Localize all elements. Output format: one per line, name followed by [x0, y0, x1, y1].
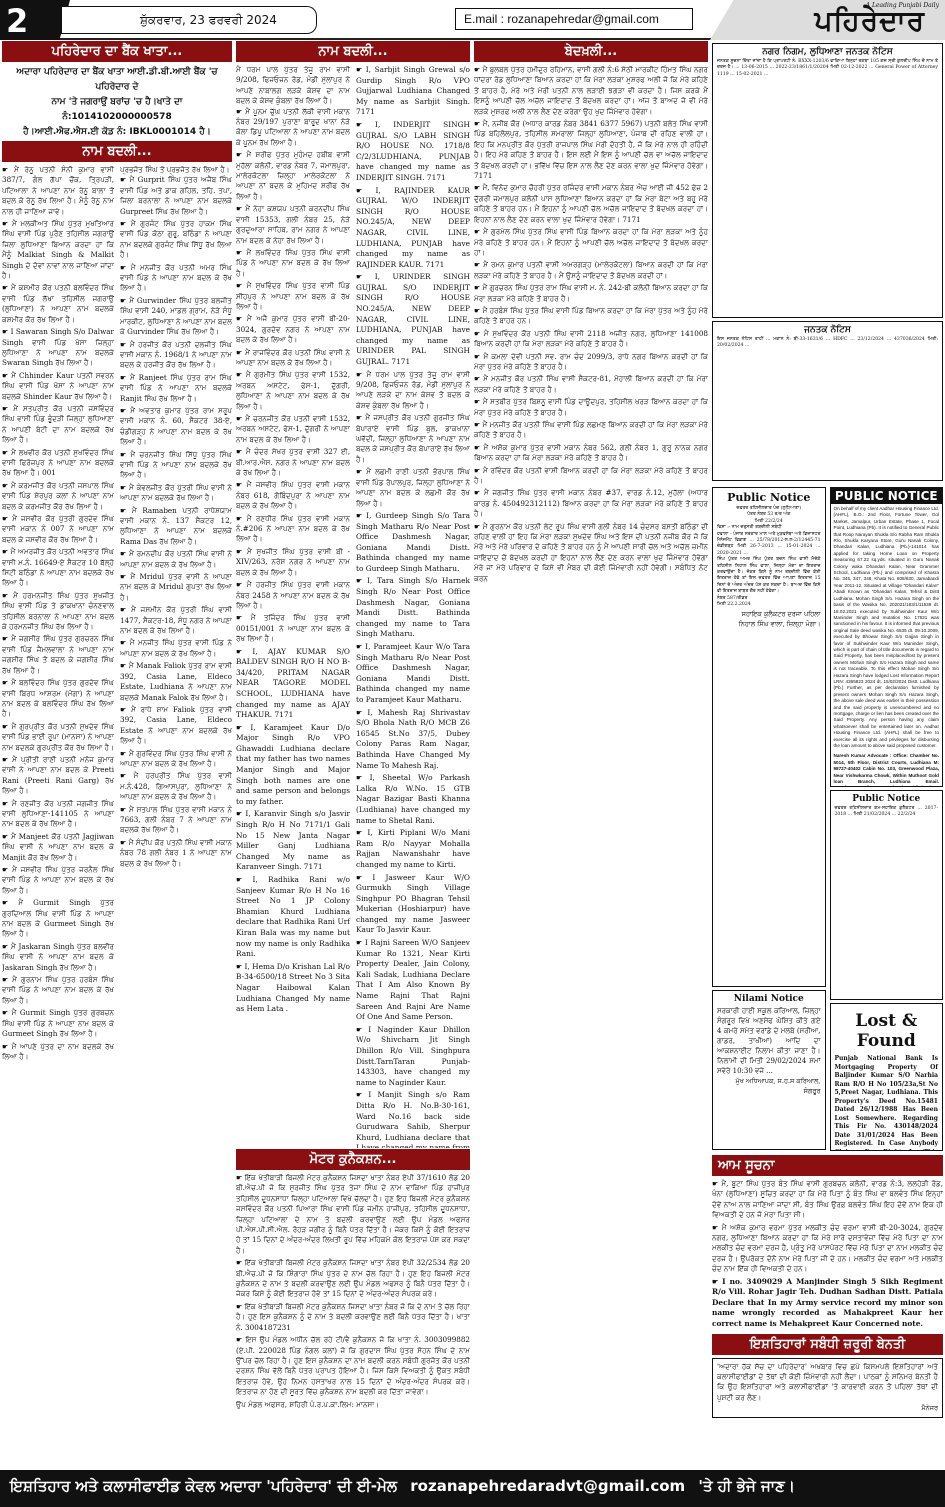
logo-brand: ਪਹਿਰੇਦਾਰ — [814, 4, 925, 38]
list-item: ਪ੍ਰਭਜੋਤ ਸਿੰਘ ਤੋਂ ਪ੍ਰਭਜੋਤ ਰੱਖ ਲਿਆ ਹੈ। — [120, 165, 232, 175]
pn-title: Public Notice — [717, 491, 821, 504]
lost-found-body: Punjab National Bank Is Mortgaging Prope… — [835, 1055, 939, 1151]
list-item: ਮੈਂ ਰਵਿੰਦਰ ਕੌਰ ਪਤਨੀ ਵਾਸੀ ਬਿਆਨ ਕਰਦੀ ਹਾਂ ਕ… — [474, 466, 708, 487]
list-item: ਮੈਂ ਅਜੈ ਕੁਮਾਰ ਪੁੱਤਰ ਵਾਸੀ ਬੀ-20-3024, ਗੁਰ… — [236, 314, 350, 345]
list-item: ਮੈਂ ਲਛਮੀ ਰਾਣੀ ਪਤਨੀ ਭੋਰਪਾਲ ਸਿੰਘ ਵਾਸੀ ਪਿੰਡ… — [356, 467, 470, 509]
public-notice-english: PUBLIC NOTICE On behalf of my client Aad… — [830, 487, 944, 787]
list-item: ਮੈਂ Ranjeet ਸਿੰਘ ਪੁੱਤਰ ਰਾਮ ਸਿੰਘ ਵਾਸੀ ਪਿੰ… — [120, 373, 232, 404]
list-item: ਮੈਂ ਮਲਕੀਅਤ ਸਿੰਘ ਪੁੱਤਰ ਮੁਖਤਿਆਰ ਸਿੰਘ ਵਾਸੀ … — [2, 219, 114, 281]
list-item: I, INDERJIT SINGH GUJRAL S/O LABH SINGH … — [356, 120, 470, 184]
list-item: ਮੈਂ ਪੂਨਮ ਚੁੱਘ ਪਤਨੀ ਲੱਕੀ ਵਾਸੀ ਮਕਾਨ ਨੰਬਰ 2… — [236, 107, 350, 149]
list-item: ਮੈਂ ਜਸਵੀਰ ਕੌਰ ਪੁੱਤਰੀ ਗੁਰਦੇਵ ਸਿੰਘ ਵਾਸੀ ਮਕ… — [2, 514, 114, 545]
list-item: ਮੈਂ ਅਸ਼ੋਕ ਕੁਮਾਰ ਵਰਮਾ ਪੁੱਤਰ ਮਲਕੀਤ ਚੰਦ ਵਰਮ… — [712, 1223, 943, 1275]
name-change-heading: ਨਾਮ ਬਦਲੀ... — [2, 141, 232, 162]
column-1: ਪਹਿਰੇਦਾਰ ਦਾ ਬੈਂਕ ਖਾਤਾ... ਅਦਾਰਾ ਪਹਿਰੇਦਾਰ … — [2, 40, 232, 1468]
list-item: I Naginder Kaur Dhillon W/o Shivcharn Ji… — [356, 1025, 470, 1089]
bank-line-3: ਹੈ।ਆਈ.ਐਫ.ਐਸ.ਈ ਕੋਡ ਨੰ: IBKL0001014 ਹੈ। — [2, 125, 232, 140]
public-notice-title: ਜਨਤਕ ਨੋਟਿਸ — [717, 325, 938, 335]
name-change-right: ਪ੍ਰਭਜੋਤ ਸਿੰਘ ਤੋਂ ਪ੍ਰਭਜੋਤ ਰੱਖ ਲਿਆ ਹੈ। ਮੈਂ… — [120, 165, 232, 1064]
list-item: I, AJAY KUMAR S/O BALDEV SINGH R/O H NO … — [236, 647, 350, 721]
list-item: ਮੈਂ ਗੁਰਚਰਨ ਸਿੰਘ ਪੁੱਤਰ ਰਾਮ ਸਿੰਘ ਵਾਸੀ ਮ. ਨ… — [474, 283, 708, 304]
list-item: ਇਸ ਉਪ ਮੰਡਲ ਅਧੀਨ ਚੱਲ ਰਹੇ ਟੀ/ਵੈ ਕੁਨੈਕਸ਼ਨ ਜ… — [236, 1335, 470, 1397]
disclaimer-heading: ਇਸ਼ਤਿਹਾਰਾਂ ਸਬੰਧੀ ਜ਼ਰੂਰੀ ਬੇਨਤੀ — [712, 1334, 943, 1355]
list-item: ਮੈਂ ਸ਼ਰੀਫ ਪੁੱਤਰ ਮੁਹੰਮਦ ਹਬੀਬ ਵਾਸੀ ਮੁਹੱਲਾ … — [236, 150, 350, 202]
name-change-left: ਮੈਂ ਰੇਨੂ ਪਤਨੀ ਸੰਨੀ ਕੁਮਾਰ ਵਾਸੀ 387/7, ਗੰਲ… — [2, 165, 114, 1064]
footer-banner: ਇਸ਼ਤਿਹਾਰ ਅਤੇ ਕਲਾਸੀਫਾਈਡ ਕੇਵਲ ਅਦਾਰਾ 'ਪਹਿਰੇ… — [0, 1470, 945, 1507]
motor-signature: ਉਪ ਮੰਡਲ ਅਫਸਰ, ਸ਼ਹਿਰੀ ਪੰ.ਰ.ਪ.ਕਾ.ਲਿਮ: ਮਾਨਸ… — [236, 1400, 470, 1410]
list-item: ਮੈਂ ਮਨਜੀਤ ਕੌਰ ਪਤਨੀ ਸਿੰਘ ਵਾਸੀ ਸੈਕਟਰ-81, ਮ… — [474, 374, 708, 395]
list-item: ਮੈਂ ਚੰਦਰ ਸੇਖਰ ਪੁੱਤਰ ਵਾਸੀ 327 ਈ, ਬੀ.ਆਰ.ਐਸ… — [236, 447, 350, 478]
list-item: ਮੈਂ ਹਰਪ੍ਰੀਤ ਸਿੰਘ ਪੁੱਤਰ ਵਾਸੀ ਮ.ਨੰ.428, ਗਿ… — [120, 771, 232, 802]
list-item: ਮੈਂ Ramaben ਪਤਨੀ ਰਾਧੇਸ਼ਯਾਮ ਵਾਸੀ ਮਕਾਨ ਨੰ.… — [120, 506, 232, 548]
list-item: ਮੈਂ Manak Faliok ਪੁੱਤਰ ਰਾਮ ਵਾਸੀ 392, Cas… — [120, 661, 232, 703]
list-item: ਮੈਂ ਮਨਜੀਤ ਸਿੰਘ ਪੁੱਤਰ ਵਾਸੀ ਪਿੰਡ ਨੇ ਆਪਣਾ ਨ… — [120, 638, 232, 659]
list-item: ਮੈਂ ਚਰਨਜੀਤ ਕੌਰ ਪਤਨੀ ਵਾਸੀ 1532, ਅਰਬਨ ਅਸਟੇ… — [236, 414, 350, 445]
list-item: ਮੈਂ ਕਸ਼ਮੀਰ ਕੌਰ ਪਤਨੀ ਬਲਵਿੰਦਰ ਸਿੰਘ ਵਾਸੀ ਪਿ… — [2, 283, 114, 325]
list-item: ਮੈਂ ਰਮਨ ਕੁਮਾਰ ਪਤਨੀ ਵਾਸੀ ਅਮਰਗੜ੍ਹ (ਮਾਲੇਰਕੋ… — [474, 260, 708, 281]
list-item: ਮੈਂ ਗੁਰਨਾਮ ਸਿੰਘ ਪੁੱਤਰ ਹਰਬੰਸ ਸਿੰਘ ਵਾਸੀ ਪਿ… — [2, 975, 114, 1006]
list-item: ਮੈਂ ਰਾਜਵਿੰਦਰ ਕੌਰ ਪਤਨੀ ਸਿੰਘ ਵਾਸੀ ਨੇ ਆਪਣਾ … — [236, 348, 350, 369]
name-change-heading-2: ਨਾਮ ਬਦਲੀ... — [236, 41, 470, 62]
list-item: I Jasweer Kaur W/O Gurmukh Singh Village… — [356, 873, 470, 937]
public-notice-block: ਜਨਤਕ ਨੋਟਿਸ ਇਸ ਜਨਤਕ ਨੋਟਿਸ ਰਾਹੀਂ ... ਮਕਾਨ … — [712, 321, 943, 481]
bank-heading: ਪਹਿਰੇਦਾਰ ਦਾ ਬੈਂਕ ਖਾਤਾ... — [2, 41, 232, 62]
list-item: I, Radhika Rani w/o Sanjeev Kumar R/o H … — [236, 875, 350, 960]
list-item: I Rajni Sareen W/O Sanjeev Kumar Ro 1321… — [356, 938, 470, 1023]
list-item: ਮੈਂ Gurmit Singh ਪੁੱਤਰ ਗੁਰਦਿਆਲ ਸਿੰਘ ਵਾਸੀ… — [2, 898, 114, 940]
list-item: ਮੈਂ ਨੇਹਾ ਕਸ਼ਯਪ ਪਤਨੀ ਕਰਨਦੀਪ ਸਿੰਘ ਵਾਸੀ 153… — [236, 204, 350, 246]
list-item: I, Kirti Piplani W/o Mani Ram R/o Nayyar… — [356, 828, 470, 870]
list-item: ਮੈਂ ਲਖਵਿੰਦਰ ਸਿੰਘ ਪੁੱਤਰ ਸਿੰਘ ਵਾਸੀ ਪਿੰਡ ਨੇ… — [236, 248, 350, 279]
newspaper-logo: A Leading Punjabi Daily ਪਹਿਰੇਦਾਰ — [710, 0, 945, 40]
list-item: ਮੈਂ ਧਰਮ ਪਾਲ ਪੁੱਤਰ ਤੇਜੂ ਰਾਮ ਵਾਸੀ 9/208, ਫ… — [356, 370, 470, 412]
list-item: ਮੈਂ ਸਤਪਾਲ ਸਿੰਘ ਪੁੱਤਰ ਵਾਸੀ ਮਕਾਨ ਨੰ 7663, … — [120, 805, 232, 836]
list-item: ਮੈਂ ਹਰਬੰਸ ਸਿੰਘ ਪੁੱਤਰ ਸਿੰਘ ਵਾਸੀ ਪਿੰਡ ਬਿਆਨ… — [474, 306, 708, 327]
list-item: ਇੱਕ ਖੇਤੀਬਾੜੀ ਬਿਜਲੀ ਮੋਟਰ ਕੁਨੈਕਸ਼ਨ ਜਿਸਦਾ ਖ… — [236, 1258, 470, 1300]
list-item: ਮੈਂ ਸਤਬੀਰ ਪੁੱਤਰ ਬਿਸ਼ਨੂ ਵਾਸੀ ਪਿੰਡ ਦਾਊਦਪੁਰ… — [474, 397, 708, 418]
name-change-list: ਮੈਂ ਰੇਨੂ ਪਤਨੀ ਸੰਨੀ ਕੁਮਾਰ ਵਾਸੀ 387/7, ਗੰਲ… — [2, 165, 232, 1064]
list-item: ਮੈਂ ਅਮਰਜੀਤ ਕੌਰ ਪਤਨੀ ਅਵਤਾਰ ਸਿੰਘ ਵਾਸੀ ਮ.ਨੰ… — [2, 547, 114, 589]
nilami-body: ਸਰਕਾਰੀ ਹਾਈ ਸਕੂਲ ਕਰਿਆਲ, ਜ਼ਿਲ੍ਹਾ ਸੰਗਰੂਰ ਵਿ… — [717, 1006, 821, 1076]
pns-body: ਦਫਤਰ ਤਹਿਸੀਲਦਾਰ ਕਮ-ਸਹਾਇਕ ਕੁਲੈਕਟਰ ... 2017… — [835, 806, 939, 819]
list-item: ਮੈਂ, ਵਿਨੋਦ ਕੁਮਾਰ ਚੌਹਰੀ ਪੁੱਤਰ ਰਜਿੰਦਰ ਵਾਸੀ… — [474, 183, 708, 225]
list-item: ਮੈਂ ਸਤਪ੍ਰੀਤ ਕੌਰ ਪਤਨੀ ਜਸਵਿੰਦਰ ਸਿੰਘ ਵਾਸੀ ਪ… — [2, 404, 114, 446]
list-item: ਮੈਂ ਪ੍ਰੀਤੀ ਰਾਣੀ ਪਤਨੀ ਮਨੋਜ ਕੁਮਾਰ ਵਾਸੀ ਨੇ … — [2, 755, 114, 797]
public-notice-small: Public Notice ਦਫਤਰ ਤਹਿਸੀਲਦਾਰ ਕਮ-ਸਹਾਇਕ ਕੁ… — [830, 790, 944, 1000]
disclaimer-signature: ਮੈਨੇਜਰ — [717, 1403, 938, 1413]
nilami-title: Nilami Notice — [717, 994, 821, 1004]
list-item: ਮੈਂ ਸੁਖਵਿੰਦਰ ਕੌਰ ਪਤਨੀ ਸਿੰਘ ਵਾਸੀ 2118 ਅਜੀ… — [474, 329, 708, 350]
list-item: ਮੈਂ Manjeet ਕੌਰ ਪਤਨੀ Jagjiwan ਸਿੰਘ ਵਾਸੀ … — [2, 832, 114, 863]
masthead: 2 ਸ਼ੁੱਕਰਵਾਰ, 23 ਫਰਵਰੀ 2024 E.mail : roza… — [0, 0, 945, 40]
municipal-notice-title: ਨਗਰ ਨਿਗਮ, ਲੁਧਿਆਣਾ ਜਨਤਕ ਨੋਟਿਸ — [717, 47, 938, 57]
list-item: ਮੈਂ ਮਨਜੀਤ ਕੌਰ ਪਤਨੀ ਸਿੰਘ ਵਾਸੀ ਪਿੰਡ ਲਛਮਣ ਬ… — [474, 420, 708, 441]
list-item: ਮੈਂ Gurprit ਸਿੰਘ ਪੁੱਤਰ ਅਜੈਬ ਸਿੰਘ ਵਾਸੀ ਪਿ… — [120, 175, 232, 217]
list-item: ਮੈਂ ਰਣਧੀਰ ਸਿੰਘ ਪੁੱਤਰ ਵਾਸੀ ਮਕਾਨ ਨੰ.#206 ਨ… — [236, 514, 350, 545]
list-item: ਮੈਂ ਗੁਰਮੀਤ ਸਿੰਘ ਪੁੱਤਰ ਵਾਸੀ 1532, ਅਰਬਨ ਅਸ… — [236, 370, 350, 412]
list-item: ਮੈਂ ਚਰਨਜੀਤ ਸਿੰਘ ਸਿੱਧੂ ਪੁੱਤਰ ਸਿੰਘ ਵਾਸੀ ਪਿ… — [120, 450, 232, 481]
list-item: ਮੈਂ ਰਮਨਦੀਪ ਕੌਰ ਪਤਨੀ ਸਿੰਘ ਵਾਸੀ ਨੇ ਆਪਣਾ ਨਾ… — [120, 549, 232, 570]
list-item: ਮੈਂ ਰੇਨੂ ਪਤਨੀ ਸੰਨੀ ਕੁਮਾਰ ਵਾਸੀ 387/7, ਗੰਲ… — [2, 165, 114, 217]
list-item: ਇੱਕ ਖੇਤੀਬਾੜੀ ਬਿਜਲੀ ਮੋਟਰ ਕੁਨੈਕਸ਼ਨ ਜਿਸਦਾ ਖ… — [236, 1173, 470, 1256]
list-item: ਮੈਂ ਜਸਪ੍ਰੀਤ ਕੌਰ ਪਤਨੀ ਗੁਰਜੀਤ ਸਿੰਘ ਬੇਪਾਰਾਏ… — [356, 413, 470, 465]
list-item: I, URINDER SINGH GUJRAL S/O INDERJIT SIN… — [356, 272, 470, 367]
issue-date: ਸ਼ੁੱਕਰਵਾਰ, 23 ਫਰਵਰੀ 2024 — [62, 6, 317, 34]
pn-body: ਹਵਾਲਾ - ਪੰਜਾਬ ਸਰਕਾਰ ਮਾਲ ਅਤੇ ਮੁੜਵਸੇਬਾ ਅਤੇ… — [717, 532, 821, 558]
list-item: ਮੈਂ, ਨਜੀਬ ਕੌਰ (ਅਧਾਰ ਕਾਰਡ ਨੰਬਰ 3841 6377 … — [474, 119, 708, 181]
bank-details: ਅਦਾਰਾ ਪਹਿਰੇਦਾਰ ਦਾ ਬੈਂਕ ਖਾਤਾ ਆਈ.ਡੀ.ਬੀ.ਆਈ … — [2, 65, 232, 140]
bank-line-1: ਅਦਾਰਾ ਪਹਿਰੇਦਾਰ ਦਾ ਬੈਂਕ ਖਾਤਾ ਆਈ.ਡੀ.ਬੀ.ਆਈ … — [2, 65, 232, 95]
list-item: ਮੈਂ Gurwinder ਸਿੰਘ ਪੁੱਤਰ ਬਲਜੀਤ ਸਿੰਘ ਵਾਸੀ… — [120, 296, 232, 338]
disclaimer-box: 'ਅਦਾਰਾ ਹੱਕ ਸੱਚ ਦਾ ਪਹਿਰੇਦਾਰ' ਅਖਬਾਰ ਵਿਚ ਛਪ… — [712, 1358, 943, 1418]
list-item: I, Sheetal W/o Parkash Lalka R/o W.No. 1… — [356, 773, 470, 826]
list-item: ਮੈਂ ਧਰਮ ਪਾਲ ਪੁੱਤਰ ਤੇਜੂ ਰਾਮ ਵਾਸੀ 9/208, ਫ… — [236, 65, 350, 107]
list-item: ਮੈਂ ਜਗਸੀਰ ਸਿੰਘ ਪੁੱਤਰ ਗੁਰਚਰਨ ਸਿੰਘ ਵਾਸੀ ਪਿ… — [2, 634, 114, 676]
court-notice-body: ਸਿੰਘ ਪੁੱਤਰ ਅਮਰ ਸਿੰਘ ਪੁੱਤਰ ਬਚਨ ਸਿੰਘ ਵਾਸੀ … — [717, 557, 821, 595]
list-item: ਮੈਂ ਸੁਖਜੀਤ ਸਿੰਘ ਪੁੱਤਰ ਵਾਸੀ ਬੀ -XIV/263, … — [236, 547, 350, 578]
list-item: ਮੈਂ ਤਜਿੰਦਰ ਸਿੰਘ ਪੁੱਤਰ ਵਾਸੀ 00151/001 ਨੇ … — [236, 613, 350, 644]
list-item: ਮੈਂ Jaskaran Singh ਪੁੱਤਰ ਬਲਵੀਰ ਸਿੰਘ ਵਾਸੀ… — [2, 942, 114, 973]
list-item: ਮੈਂ ਕਮਲਾ ਦੇਵੀ ਪਤਨੀ ਸਵ. ਰਾਮ ਚੰਦ 2099/3, ਰ… — [474, 352, 708, 373]
list-item: ਮੈਂ ਗੁਰਪ੍ਰੀਤ ਕੌਰ ਪਤਨੀ ਸੁਖਦੇਵ ਸਿੰਘ ਵਾਸੀ ਪ… — [2, 722, 114, 753]
nilami-notice: Nilami Notice ਸਰਕਾਰੀ ਹਾਈ ਸਕੂਲ ਕਰਿਆਲ, ਜ਼ਿ… — [712, 990, 826, 1150]
list-item: ਮੈਂ ਗੁਰਨਾਮ ਕੌਰ ਪਤਨੀ ਲੇਟ ਰੂਪ ਸਿੰਘ ਵਾਸੀ ਗਲ… — [474, 522, 708, 584]
list-item: ਮੈਂ, ਬੂਟਾ ਸਿੰਘ ਪੁੱਤਰ ਬੰਤ ਸਿੰਘ ਵਾਸੀ ਗੁਰਬਚ… — [712, 1179, 943, 1221]
disclaimer-body: 'ਅਦਾਰਾ ਹੱਕ ਸੱਚ ਦਾ ਪਹਿਰੇਦਾਰ' ਅਖਬਾਰ ਵਿਚ ਛਪ… — [717, 1362, 938, 1404]
public-notice-en-contact: Naresh Kumar Advocate : Office: Chamber … — [831, 751, 943, 787]
footer-suffix: 'ਤੇ ਹੀ ਭੇਜੇ ਜਾਣ। — [698, 1477, 795, 1495]
list-item: ਮੈਂ ਜਸਵੀਰ ਸਿੰਘ ਪੁੱਤਰ ਜਰਨੈਲ ਸਿੰਘ ਵਾਸੀ ਪਿੰ… — [2, 865, 114, 896]
court-notice-signature: ਸਹਾਇਕ ਕੁਲੈਕਟਰ ਦਰਜਾ ਪਹਿਲਾ — [717, 609, 821, 619]
public-notice-en-title: PUBLIC NOTICE — [831, 488, 943, 504]
list-item: ਮੈਂ ਹਰਜੀਤ ਕੌਰ ਪਤਨੀ ਦਲਜੀਤ ਸਿੰਘ ਵਾਸੀ ਮਕਾਨ … — [120, 340, 232, 371]
public-notice-punjabi: Public Notice ਦਫਤਰ ਤਹਿਸੀਲਦਾਰ ਪੰਚ (ਲੁਧਿਆਣ… — [712, 487, 826, 987]
list-item: ਮੈਂ ਜਗਜੀਤ ਸਿੰਘ ਪੁੱਤਰ ਵਾਸੀ ਮਕਾਨ ਨੰਬਰ #37,… — [474, 488, 708, 519]
list-item: I, Gurdeep Singh S/o Tara Singh Matharu … — [356, 511, 470, 575]
bank-line-2: ਨਾਮ 'ਤੇ ਜਗਰਾਉਂ ਬਰਾਂਚ 'ਚ ਹੈ।ਖਾਤੇ ਦਾ ਨੰ:10… — [2, 95, 232, 125]
list-item: I, Tara Singh S/o Harnek Singh R/o Near … — [356, 576, 470, 640]
nilami-signature: ਮੁੱਖ ਅਧਿਆਪਕ, ਸ.ਹ.ਸ ਕਰਿਆਲ, ਸੰਗਰੂਰ — [717, 1076, 821, 1097]
footer-email[interactable]: rozanapehredaradvt@gmail.com — [410, 1477, 685, 1495]
list-item: ਮੈਂ ਸੰਦੀਪ ਕੌਰ ਪਤਨੀ ਸਿੰਘ ਵਾਸੀ ਮਕਾਨ ਨੰਬਰ 7… — [120, 838, 232, 869]
list-item: ਮੈਂ ਆਪਣੇ ਪੁੱਤਰ ਦਾ ਨਾਮ ਬਦਲਕੇ ਰੱਖ ਲਿਆ ਹੈ। — [2, 1042, 114, 1063]
motor-connection-heading: ਮੋਟਰ ਕੁਨੈਕਸ਼ਨ... — [236, 1149, 470, 1170]
public-notice-en-body: On behalf of my client Aadhar Housing Fi… — [831, 504, 943, 751]
column-2: ਨਾਮ ਬਦਲੀ... ਮੈਂ ਧਰਮ ਪਾਲ ਪੁੱਤਰ ਤੇਜੂ ਰਾਮ ਵ… — [236, 40, 470, 1468]
list-item: I Sawaran Singh S/o Dalwar Singh ਵਾਸੀ ਪਿ… — [2, 327, 114, 369]
public-notice-body: ਇਸ ਜਨਤਕ ਨੋਟਿਸ ਰਾਹੀਂ ... ਮਕਾਨ ਨੰ: ਬੀ-33-1… — [717, 337, 938, 350]
list-item: ਮੈਂ ਰਣਜੀਤ ਕੌਰ ਪਤਨੀ ਜਗਜੀਤ ਸਿੰਘ ਵਾਸੀ ਲੁਧਿਆ… — [2, 799, 114, 830]
column-4: ਨਗਰ ਨਿਗਮ, ਲੁਧਿਆਣਾ ਜਨਤਕ ਨੋਟਿਸ ਜਨਤਕ ਸੂਚਨਾ … — [712, 40, 943, 1468]
list-item: I, Paramjeet Kaur W/o Tara Singh Matharu… — [356, 642, 470, 706]
column-3: ਬੇਦਖ਼ਲੀ... ਮੈਂ ਬੁਲਬਲ ਪੁੱਤਰ ਹਮੀਦੁਰ ਰਹਿਮਾਨ… — [474, 40, 708, 1468]
list-item: ਮੈਂ Mridul ਪੁੱਤਰ ਵਾਸੀ ਨੇ ਆਪਣਾ ਨਾਮ ਬਦਲ ਕੇ… — [120, 572, 232, 603]
contact-email[interactable]: E.mail : rozanapehredar@gmail.com — [455, 8, 693, 30]
list-item: I no. 3409029 A Manjinder Singh 5 Sikh R… — [712, 1277, 943, 1330]
lost-and-found: Lost & Found Punjab National Bank Is Mor… — [830, 1003, 944, 1151]
list-item: ਮੈਂ ਜਸਵੀਰ ਸਿੰਘ ਪੁੱਤਰ ਵਾਸੀ ਮਕਾਨ ਨੰਬਰ 618,… — [236, 480, 350, 511]
list-item: ਮੈਂ ਸੁਖਵਿੰਦਰ ਸਿੰਘ ਪੁੱਤਰ ਵਾਸੀ ਪਿੰਡ ਸੀਂਹਪੁ… — [236, 281, 350, 312]
list-item: ਮੈਂ ਹਰਜੀਤ ਸਿੰਘ ਪੁੱਤਰ ਵਾਸੀ ਮਕਾਨ ਨੰਬਰ 2458… — [236, 580, 350, 611]
list-item: ਮੈਂ ਕੰਵਲਜੀਤ ਕੌਰ ਪੁੱਤਰੀ ਸਿੰਘ ਵਾਸੀ ਨੇ ਆਪਣਾ… — [120, 483, 232, 504]
list-item: I, Karamjeet Kaur D/o Major Singh R/o VP… — [236, 723, 350, 808]
list-item: ਮੈਂ ਗੁਰਵਿੰਦਰ ਸਿੰਘ ਪੁੱਤਰ ਸਿੰਘ ਵਾਸੀ ਨੇ ਆਪਣ… — [120, 749, 232, 770]
list-item: I, Hema D/o Krishan Lal R/o B-34-6500/18… — [236, 962, 350, 1015]
notice-pair: Public Notice ਦਫਤਰ ਤਹਿਸੀਲਦਾਰ ਪੰਚ (ਲੁਧਿਆਣ… — [712, 484, 943, 1154]
list-item: I, Mahesh Raj Shrivastav S/O Bhola Nath … — [356, 708, 470, 772]
list-item: ਮੈਂ Chhinder Kaur ਪਤਨੀ ਸਵਰਨ ਸਿੰਘ ਵਾਸੀ ਪਿ… — [2, 371, 114, 402]
list-item: ਮੈਂ ਗੁਰਮੇਲ ਸਿੰਘ ਪੁੱਤਰ ਸਿੰਘ ਵਾਸੀ ਪਿੰਡ ਬਿਆ… — [474, 227, 708, 258]
municipal-notice: ਨਗਰ ਨਿਗਮ, ਲੁਧਿਆਣਾ ਜਨਤਕ ਨੋਟਿਸ ਜਨਤਕ ਸੂਚਨਾ … — [712, 43, 943, 318]
list-item: ਮੈਂ ਮਨਜੀਤ ਕੌਰ ਪਤਨੀ ਅਮਰ ਸਿੰਘ ਵਾਸੀ ਪਿੰਡ ਨੇ… — [120, 263, 232, 294]
info-heading: ਆਮ ਸੂਚਨਾ — [712, 1155, 943, 1176]
list-item: ਮੈਂ ਗੁਰਜੰਟ ਸਿੰਘ ਪੁੱਤਰ ਹਾਕਮ ਸਿੰਘ ਵਾਸੀ ਪਿੰ… — [120, 219, 232, 261]
disown-heading: ਬੇਦਖ਼ਲੀ... — [474, 41, 708, 62]
list-item: ਇੱਕ ਖੇਤੀਬਾੜੀ ਬਿਜਲੀ ਮੋਟਰ ਕੁਨੈਕਸ਼ਨ ਜਿਸਦਾ ਖ… — [236, 1302, 470, 1333]
list-item: I, Karanvir Singh s/o Jasvir Singh R/o H… — [236, 809, 350, 873]
municipal-notice-body: ਜਨਤਕ ਸੂਚਨਾ ਦਿੱਤਾ ਜਾਂਦਾ ਹੈ ਕਿ ਪ੍ਰਾਪਰਟੀ ਨੰ… — [717, 59, 938, 78]
list-item: I, RAJINDER KAUR GUJRAL W/O INDERJIT SIN… — [356, 186, 470, 271]
list-item: I, Sarbjit Singh Grewal s/o Gurdip Singh… — [356, 65, 470, 118]
list-item: ਮੈਂ ਅਵਤਾਰ ਕੁਮਾਰ ਪੁੱਤਰ ਰਾਮ ਸਰੂਪ ਵਾਸੀ ਮਕਾਨ… — [120, 406, 232, 448]
list-item: ਮੈਂ ਕਰਮਜੀਤ ਕੌਰ ਪਤਨੀ ਜਸਪਾਲ ਸਿੰਘ ਵਾਸੀ ਪਿੰਡ… — [2, 481, 114, 512]
list-item: ਮੈਂ ਬੁਲਬਲ ਪੁੱਤਰ ਹਮੀਦੁਰ ਰਹਿਮਾਨ, ਵਾਸੀ ਗਲੀ … — [474, 65, 708, 117]
footer-text: ਇਸ਼ਤਿਹਾਰ ਅਤੇ ਕਲਾਸੀਫਾਈਡ ਕੇਵਲ ਅਦਾਰਾ 'ਪਹਿਰੇ… — [10, 1477, 397, 1495]
list-item: ਮੈਂ Gurmit Singh ਪੁੱਤਰ ਗੁਰਬਚਨ ਸਿੰਘ ਵਾਸੀ … — [2, 1008, 114, 1039]
list-item: ਮੈਂ ਰਾਧੇ ਸ਼ਾਮ Faliok ਪੁੱਤਰ ਵਾਸੀ 392, Cas… — [120, 705, 232, 747]
court-notice-place: ਨਿਹਾਲ ਸਿੰਘ ਵਾਲਾ, ਜ਼ਿਲ੍ਹਾ ਮੋਗਾ। — [717, 619, 821, 629]
lost-found-title: Lost & Found — [835, 1011, 939, 1051]
list-item: ਮੈਂ ਲਖਵੀਰ ਕੌਰ ਪਤਨੀ ਸੁਖਵਿੰਦਰ ਸਿੰਘ ਵਾਸੀ ਫਿ… — [2, 448, 114, 479]
list-item: ਮੈਂ ਹਰਮਨਜੀਤ ਸਿੰਘ ਪੁੱਤਰ ਸੁਖਜੀਤ ਸਿੰਘ ਵਾਸੀ … — [2, 591, 114, 633]
pns-title: Public Notice — [835, 794, 939, 804]
list-item: ਮੈਂ ਜਸਮੀਨ ਕੌਰ ਪੁੱਤਰੀ ਸਿੰਘ ਵਾਸੀ 1477, ਸੈਕ… — [120, 605, 232, 636]
list-item: ਮੈਂ ਬਲਵਿੰਦਰ ਸਿੰਘ ਪੁੱਤਰ ਗੁਰਦੇਵ ਸਿੰਘ ਵਾਸੀ … — [2, 678, 114, 720]
list-item: ਮੈਂ ਅਸ਼ੋਕ ਕੁਮਾਰ ਪੁੱਤਰ ਵਾਸੀ ਮਕਾਨ ਨੰਬਰ 562… — [474, 443, 708, 464]
